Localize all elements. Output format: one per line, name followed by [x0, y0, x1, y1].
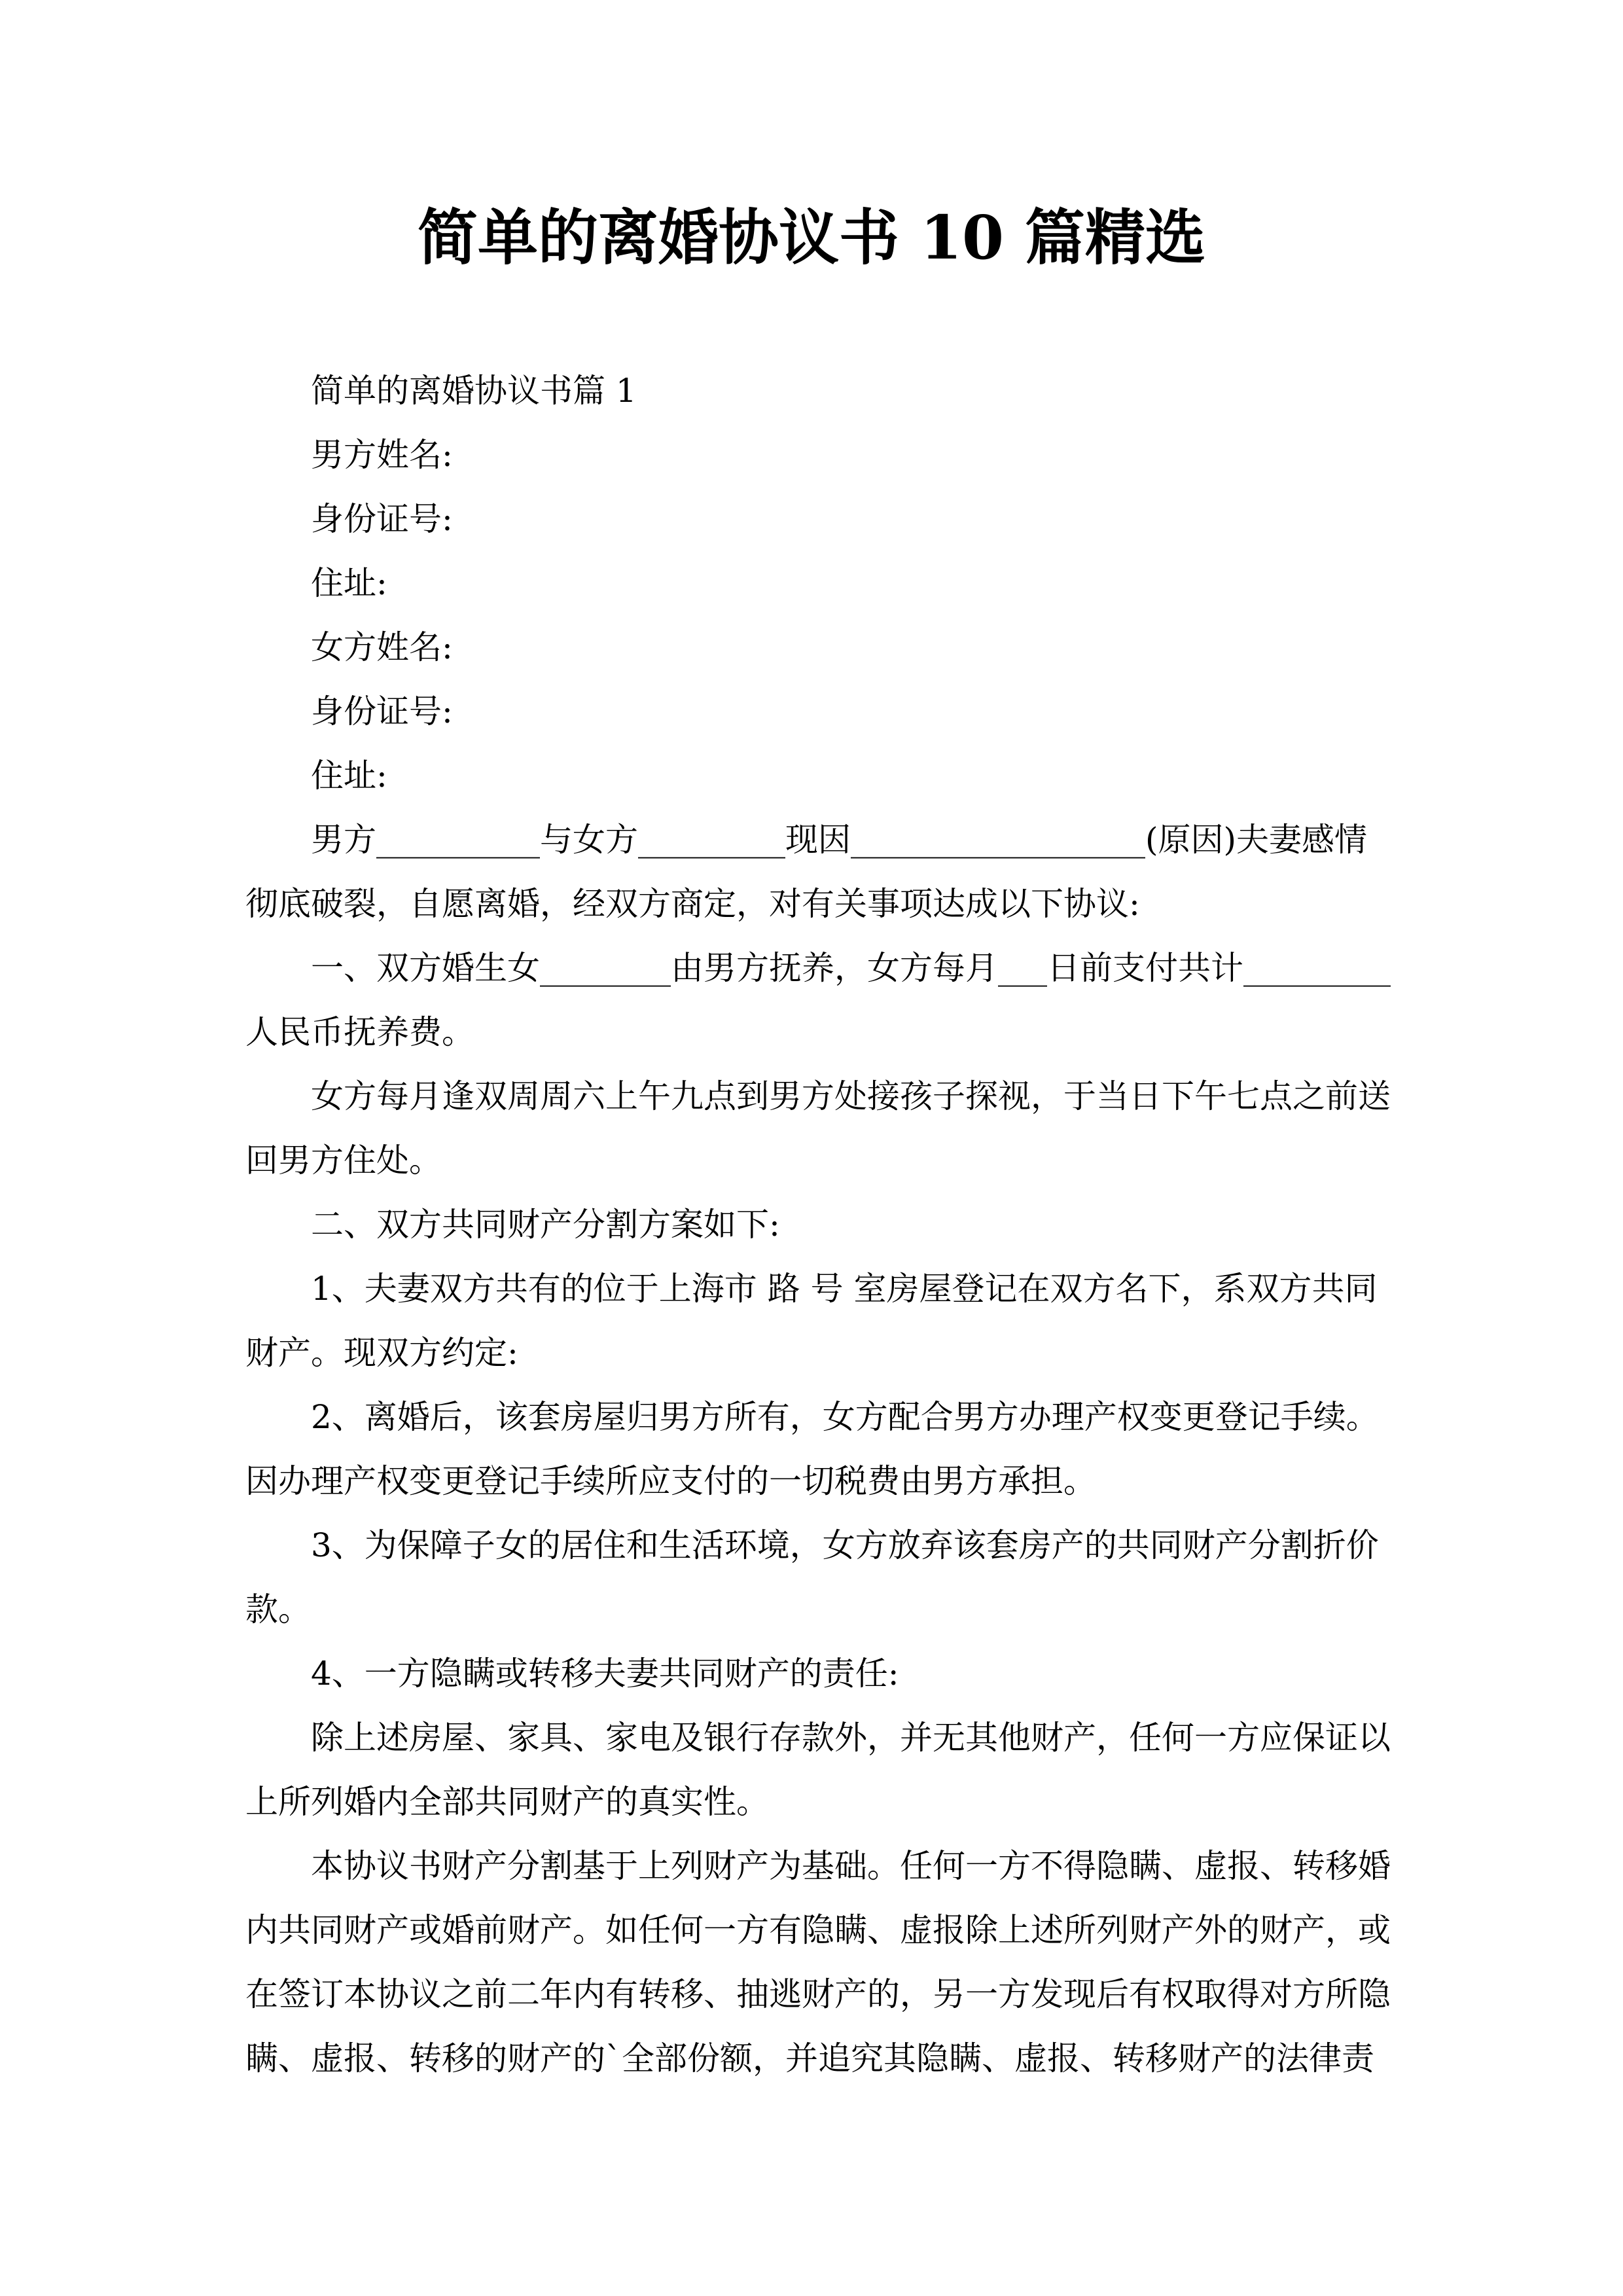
document-line: 因办理产权变更登记手续所应支付的一切税费由男方承担。: [245, 1449, 1410, 1513]
document-line: 住址:: [245, 744, 1410, 808]
document-page: 简单的离婚协议书 10 篇精选 简单的离婚协议书篇 1男方姓名:身份证号:住址:…: [0, 0, 1623, 2296]
document-line: 内共同财产或婚前财产。如任何一方有隐瞒、虚报除上述所列财产外的财产，或: [245, 1898, 1410, 1962]
document-line: 4、一方隐瞒或转移夫妻共同财产的责任:: [245, 1641, 1410, 1706]
document-line: 二、双方共同财产分割方案如下:: [245, 1193, 1410, 1257]
document-line: 本协议书财产分割基于上列财产为基础。任何一方不得隐瞒、虚报、转移婚: [245, 1834, 1410, 1898]
document-line: 身份证号:: [245, 679, 1410, 744]
document-line: 身份证号:: [245, 487, 1410, 551]
document-line: 瞒、虚报、转移的财产的`全部份额，并追究其隐瞒、虚报、转移财产的法律责: [245, 2026, 1410, 2090]
document-line: 一、双方婚生女________由男方抚养，女方每月___日前支付共计______…: [245, 936, 1410, 1000]
document-line: 在签订本协议之前二年内有转移、抽逃财产的，另一方发现后有权取得对方所隐: [245, 1962, 1410, 2026]
document-line: 除上述房屋、家具、家电及银行存款外，并无其他财产，任何一方应保证以: [245, 1706, 1410, 1770]
document-line: 住址:: [245, 551, 1410, 615]
document-line: 男方__________与女方_________现因______________…: [245, 808, 1410, 872]
document-line: 财产。现双方约定:: [245, 1321, 1410, 1385]
document-title: 简单的离婚协议书 10 篇精选: [245, 200, 1378, 276]
document-line: 款。: [245, 1577, 1410, 1641]
document-line: 回男方住处。: [245, 1128, 1410, 1193]
document-line: 女方每月逢双周周六上午九点到男方处接孩子探视，于当日下午七点之前送: [245, 1064, 1410, 1128]
document-line: 男方姓名:: [245, 423, 1410, 487]
document-line: 2、离婚后，该套房屋归男方所有，女方配合男方办理产权变更登记手续。: [245, 1385, 1410, 1449]
document-line: 人民币抚养费。: [245, 1000, 1410, 1064]
document-body: 简单的离婚协议书篇 1男方姓名:身份证号:住址:女方姓名:身份证号:住址:男方_…: [245, 359, 1410, 2090]
document-line: 女方姓名:: [245, 615, 1410, 679]
document-line: 彻底破裂，自愿离婚，经双方商定，对有关事项达成以下协议:: [245, 872, 1410, 936]
document-line: 上所列婚内全部共同财产的真实性。: [245, 1770, 1410, 1834]
document-line: 3、为保障子女的居住和生活环境，女方放弃该套房产的共同财产分割折价: [245, 1513, 1410, 1577]
document-line: 简单的离婚协议书篇 1: [245, 359, 1410, 423]
document-line: 1、夫妻双方共有的位于上海市 路 号 室房屋登记在双方名下，系双方共同: [245, 1257, 1410, 1321]
